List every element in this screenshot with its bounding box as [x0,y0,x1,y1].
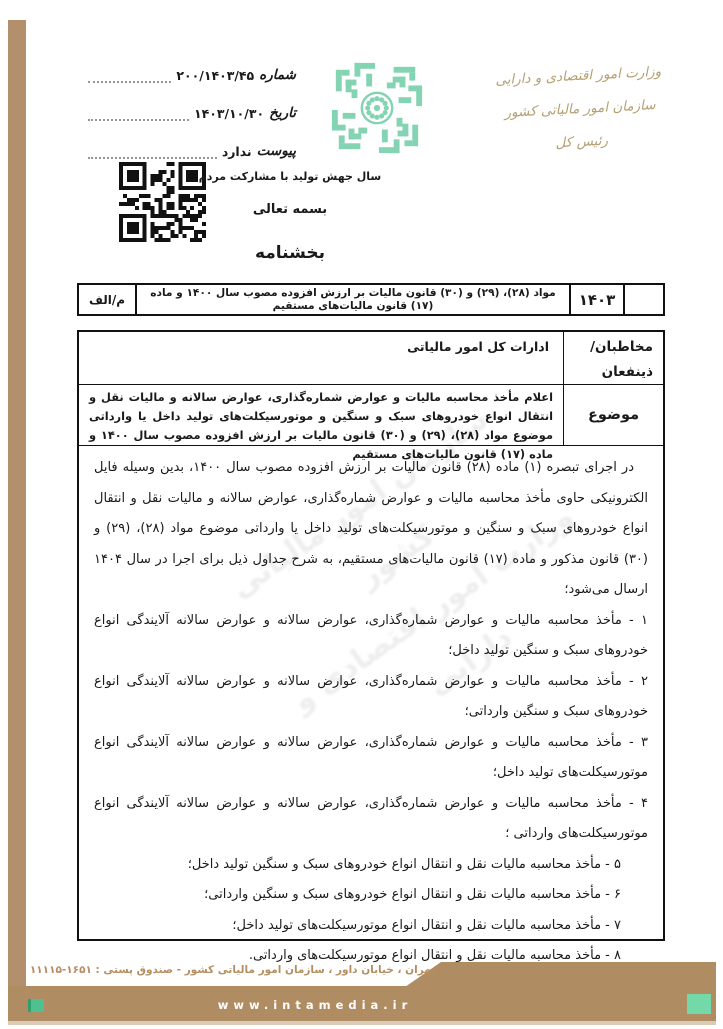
body-item-3: ۳ - مأخذ محاسبه مالیات و عوارض شماره‌گذا… [94,728,648,789]
audience-value: ادارات کل امور مالیاتی [79,332,563,384]
date-row: تاریخ ۱۴۰۳/۱۰/۳۰ [88,94,296,132]
date-label: تاریخ [269,105,296,121]
classification-subject: مواد (۲۸)، (۲۹) و (۳۰) قانون مالیات بر ا… [137,285,571,314]
classification-empty-cell [625,285,663,314]
bottom-band-shadow [8,1021,716,1025]
audience-label-cell: مخاطبان/ ذینفعان [563,332,663,384]
attachment-value: ندارد [222,144,252,159]
classification-strip: ۱۴۰۳ مواد (۲۸)، (۲۹) و (۳۰) قانون مالیات… [77,283,665,316]
number-label: شماره [259,67,296,83]
footer-website: www.intamedia.ir [160,998,470,1012]
body-item-5: ۵ - مأخذ محاسبه مالیات نقل و انتقال انوا… [94,850,648,881]
body-item-6: ۶ - مأخذ محاسبه مالیات نقل و انتقال انوا… [94,880,648,911]
letterhead-ministry-block: وزارت امور اقتصادی و دارایی سازمان امور … [453,54,708,166]
body-paragraph: در اجرای تبصره (۱) ماده (۲۸) قانون مالیا… [94,453,648,606]
year-slogan: سال جهش تولید با مشارکت مردم [135,170,445,183]
attachment-label: پیوست [257,143,296,159]
circular-table: مخاطبان/ ذینفعان ادارات کل امور مالیاتی … [77,330,665,941]
body-item-4: ۴ - مأخذ محاسبه مالیات و عوارض شماره‌گذا… [94,789,648,850]
number-value: ۲۰۰/۱۴۰۳/۴۵ [176,68,254,83]
subject-value: اعلام مأخذ محاسبه مالیات و عوارض شماره‌گ… [79,385,563,445]
subject-row: موضوع اعلام مأخذ محاسبه مالیات و عوارض ش… [79,385,663,446]
classification-code: م/الف [79,285,137,314]
footer-teal-square-right [687,994,711,1014]
number-dotted-leader [88,79,171,83]
left-border-bar [8,20,26,1022]
classification-year: ۱۴۰۳ [571,285,625,314]
body-item-1: ۱ - مأخذ محاسبه مالیات و عوارض شماره‌گذا… [94,606,648,667]
attachment-dotted-leader [88,155,217,159]
reference-block: شماره ۲۰۰/۱۴۰۳/۴۵ تاریخ ۱۴۰۳/۱۰/۳۰ پیوست… [88,56,296,170]
audience-row: مخاطبان/ ذینفعان ادارات کل امور مالیاتی [79,332,663,385]
footer-teal-square-left [28,999,44,1012]
subject-label: موضوع [563,385,663,445]
circular-document-page: وزارت امور اقتصادی و دارایی سازمان امور … [0,0,723,1029]
document-type-title: بخشنامه [135,243,445,263]
tax-organization-emblem-icon [328,58,426,158]
basmala: بسمه تعالی [135,202,445,217]
body-item-2: ۲ - مأخذ محاسبه مالیات و عوارض شماره‌گذا… [94,667,648,728]
date-dotted-leader [88,117,189,121]
date-value: ۱۴۰۳/۱۰/۳۰ [194,106,264,121]
footer-address: تهران ، خیابان داور ، سازمان امور مالیات… [25,964,440,976]
circular-body: در اجرای تبصره (۱) ماده (۲۸) قانون مالیا… [79,446,663,972]
number-row: شماره ۲۰۰/۱۴۰۳/۴۵ [88,56,296,94]
body-item-7: ۷ - مأخذ محاسبه مالیات نقل و انتقال انوا… [94,911,648,942]
